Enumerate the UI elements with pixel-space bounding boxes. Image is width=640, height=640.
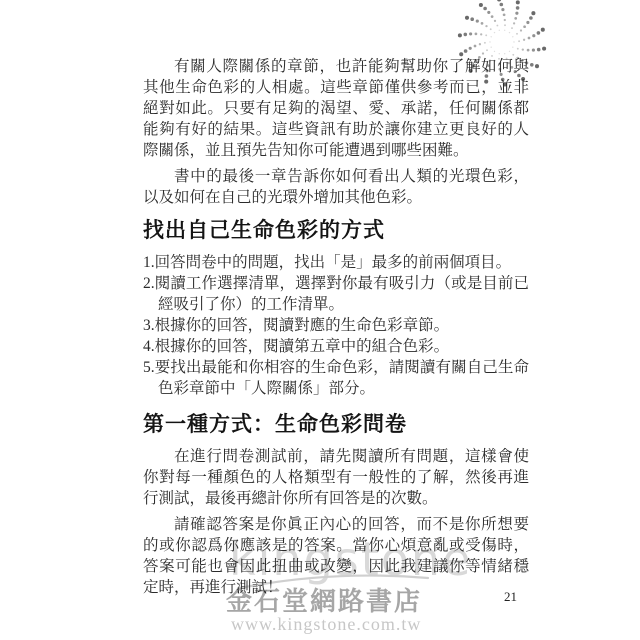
book-page: kingstone 金石堂網路書店 www.kingstone.com.tw 2… (0, 0, 640, 640)
store-url-watermark: www.kingstone.com.tw (231, 615, 421, 635)
numbered-list: 1.回答問卷中的問題，找出「是」最多的前兩個項目。 2.閱讀工作選擇清單，選擇對… (143, 252, 529, 399)
item-text: 根據你的回答，閱讀對應的生命色彩章節。 (155, 317, 450, 334)
item-text: 閱讀工作選擇清單，選擇對你最有吸引力（或是目前已經吸引了你）的工作清單。 (155, 275, 529, 313)
section2-paragraph-2: 請確認答案是你眞正內心的回答，而不是你所想要的或你認爲你應該是的答案。當你心煩意… (143, 514, 529, 598)
item-text: 根據你的回答，閱讀第五章中的組合色彩。 (155, 338, 450, 355)
list-item-3: 3.根據你的回答，閱讀對應的生命色彩章節。 (143, 315, 529, 336)
item-number: 1. (143, 254, 155, 271)
item-number: 2. (143, 275, 155, 292)
item-number: 4. (143, 338, 155, 355)
item-number: 3. (143, 317, 155, 334)
intro-paragraph-2: 書中的最後一章告訴你如何看出人類的光環色彩，以及如何在自己的光環外增加其他色彩。 (143, 166, 529, 208)
section2-paragraph-1: 在進行問卷測試前，請先閱讀所有問題，這樣會使你對每一種顏色的人格類型有一般性的了… (143, 446, 529, 509)
item-text: 回答問卷中的問題，找出「是」最多的前兩個項目。 (155, 254, 512, 271)
list-item-4: 4.根據你的回答，閱讀第五章中的組合色彩。 (143, 336, 529, 357)
list-item-1: 1.回答問卷中的問題，找出「是」最多的前兩個項目。 (143, 252, 529, 273)
section1-heading: 找出自己生命色彩的方式 (143, 218, 529, 243)
section2-heading: 第一種方式：生命色彩問卷 (143, 412, 529, 437)
item-text: 要找出最能和你相容的生命色彩，請閱讀有關自己生命色彩章節中「人際關係」部分。 (155, 359, 529, 397)
item-number: 5. (143, 359, 155, 376)
body-text: 有關人際關係的章節，也許能夠幫助你了解如何與其他生命色彩的人相處。這些章節僅供參… (143, 56, 529, 603)
intro-paragraph-1: 有關人際關係的章節，也許能夠幫助你了解如何與其他生命色彩的人相處。這些章節僅供參… (143, 56, 529, 161)
list-item-5: 5.要找出最能和你相容的生命色彩，請閱讀有關自己生命色彩章節中「人際關係」部分。 (143, 357, 529, 399)
list-item-2: 2.閱讀工作選擇清單，選擇對你最有吸引力（或是目前已經吸引了你）的工作清單。 (143, 273, 529, 315)
